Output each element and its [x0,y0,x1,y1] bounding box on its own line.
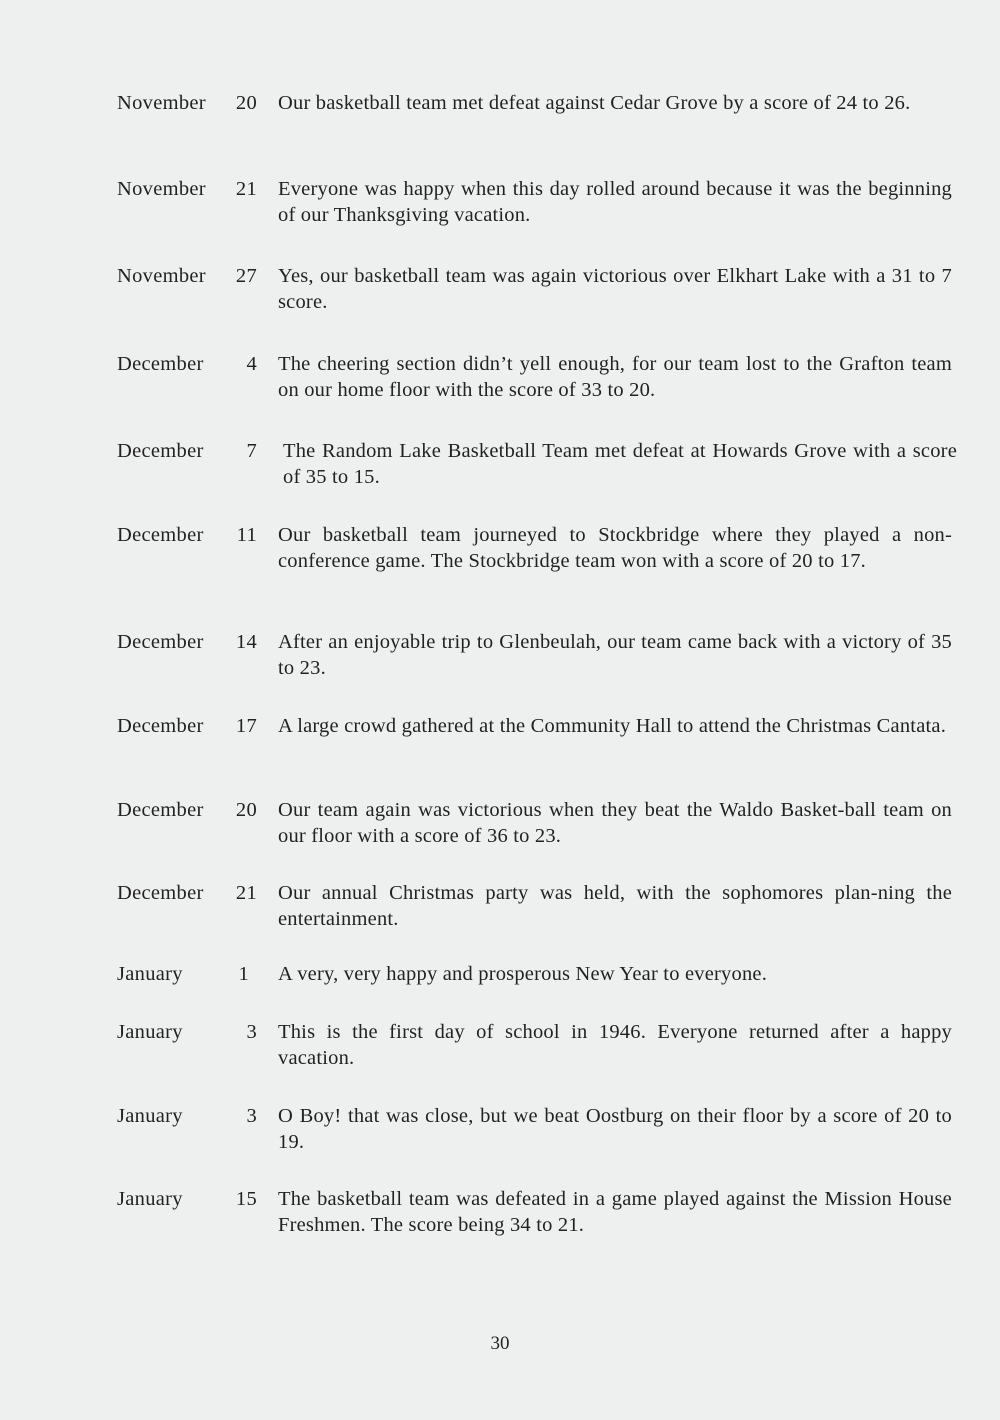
entry-text: Our team again was victorious when they … [278,797,952,849]
entry-month: November [117,263,206,289]
entry-day: 7 [246,438,257,464]
entry-day: 20 [236,797,257,823]
entry-day: 17 [236,713,257,739]
entry-month: December [117,351,204,377]
entry-month: November [117,176,206,202]
entry-text: The basketball team was defeated in a ga… [278,1186,952,1238]
entry-text: O Boy! that was close, but we beat Oostb… [278,1103,952,1155]
entry-text: A very, very happy and prosperous New Ye… [278,961,952,987]
entry-month: December [117,797,204,823]
entry-month: November [117,90,206,116]
entry-day: 4 [246,351,257,377]
entry-month: January [117,961,183,987]
entry-text: The Random Lake Basketball Team met defe… [278,438,957,490]
entry-text: Our basketball team journeyed to Stockbr… [278,522,952,574]
entry-text: Yes, our basketball team was again victo… [278,263,952,315]
entry-month: December [117,438,204,464]
entry-day: 21 [236,176,257,202]
entry-month: January [117,1019,183,1045]
entry-text: Our annual Christmas party was held, wit… [278,880,952,932]
document-page: November 20 Our basketball team met defe… [0,0,1000,1420]
entry-day: 14 [236,629,257,655]
entry-month: December [117,522,204,548]
entry-day: 3 [246,1103,257,1129]
entry-month: January [117,1186,183,1212]
entry-text: Our basketball team met defeat against C… [278,90,952,116]
entry-text: The cheering section didn’t yell enough,… [278,351,952,403]
entry-text: A large crowd gathered at the Community … [278,713,952,739]
page-number: 30 [0,1333,1000,1355]
entry-text: After an enjoyable trip to Glenbeulah, o… [278,629,952,681]
entry-day: 15 [236,1186,257,1212]
entry-day: 27 [236,263,257,289]
entry-day: 1 [238,961,249,987]
entry-day: 21 [236,880,257,906]
entry-month: December [117,629,204,655]
entry-text: This is the first day of school in 1946.… [278,1019,952,1071]
entry-day: 20 [236,90,257,116]
entry-day: 3 [246,1019,257,1045]
entry-month: December [117,880,204,906]
entry-day: 11 [237,522,257,548]
entry-text: Everyone was happy when this day rolled … [278,176,952,228]
entry-month: December [117,713,204,739]
entry-month: January [117,1103,183,1129]
